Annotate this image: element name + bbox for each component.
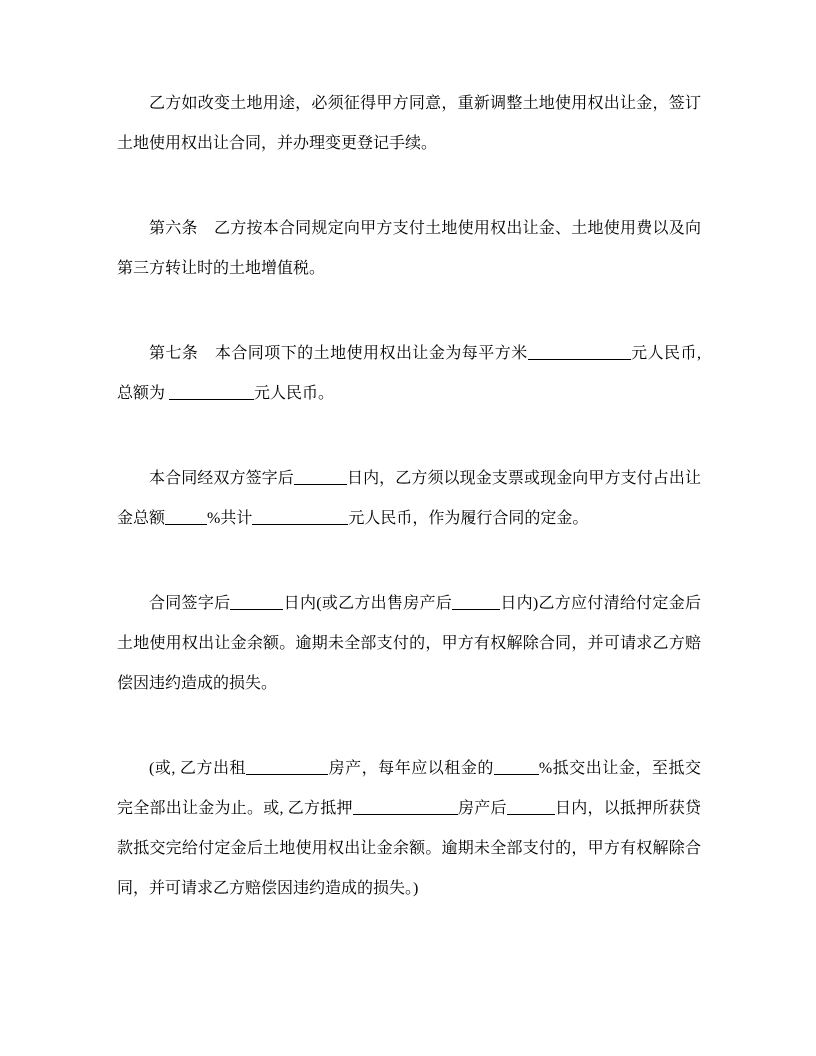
- blank-line: [169, 385, 254, 400]
- text-run: 房产，每年应以租金的: [328, 760, 494, 777]
- blank-line: [230, 595, 283, 610]
- text-run: 本合同经双方签字后: [149, 470, 294, 487]
- text-run: 日内(或乙方出售房产后: [283, 595, 452, 612]
- text-run: 元人民币。: [254, 385, 334, 402]
- page: 乙方如改变土地用途，必须征得甲方同意，重新调整土地使用权出让金，签订土地使用权出…: [0, 0, 816, 1056]
- blank-line: [528, 345, 631, 360]
- text-run: 合同签字后: [149, 595, 230, 612]
- paragraph: 合同签字后日内(或乙方出售房产后日内)乙方应付清给付定金后土地使用权出让金余额。…: [117, 584, 701, 704]
- paragraph: (或, 乙方出租房产，每年应以租金的%抵交出让金，至抵交完全部出让金为止。或, …: [117, 749, 701, 909]
- paragraph: 第六条 乙方按本合同规定向甲方支付土地使用权出让金、土地使用费以及向第三方转让时…: [117, 209, 701, 289]
- text-run: 元人民币，作为履行合同的定金。: [348, 510, 588, 527]
- document-page: { "page": { "background_color": "#ffffff…: [0, 0, 816, 1056]
- blank-line: [353, 800, 458, 815]
- blank-line: [507, 800, 555, 815]
- text-run: 房产后: [458, 800, 507, 817]
- blank-line: [294, 470, 347, 485]
- blank-line: [246, 760, 328, 775]
- paragraph: 本合同经双方签字后日内，乙方须以现金支票或现金向甲方支付占出让金总额%共计元人民…: [117, 459, 701, 539]
- text-run: 第六条 乙方按本合同规定向甲方支付土地使用权出让金、土地使用费以及向第三方转让时…: [117, 220, 701, 277]
- blank-line: [165, 510, 207, 525]
- blank-line: [252, 510, 348, 525]
- contract-body: 乙方如改变土地用途，必须征得甲方同意，重新调整土地使用权出让金，签订土地使用权出…: [117, 84, 701, 909]
- paragraph: 乙方如改变土地用途，必须征得甲方同意，重新调整土地使用权出让金，签订土地使用权出…: [117, 84, 701, 164]
- blank-line: [452, 595, 500, 610]
- paragraph: 第七条 本合同项下的土地使用权出让金为每平方米元人民币,总额为 元人民币。: [117, 334, 701, 414]
- text-run: 第七条 本合同项下的土地使用权出让金为每平方米: [149, 345, 528, 362]
- text-run: 乙方如改变土地用途，必须征得甲方同意，重新调整土地使用权出让金，签订土地使用权出…: [117, 95, 701, 152]
- blank-line: [494, 760, 539, 775]
- text-run: (或, 乙方出租: [149, 760, 246, 777]
- text-run: %共计: [207, 510, 252, 527]
